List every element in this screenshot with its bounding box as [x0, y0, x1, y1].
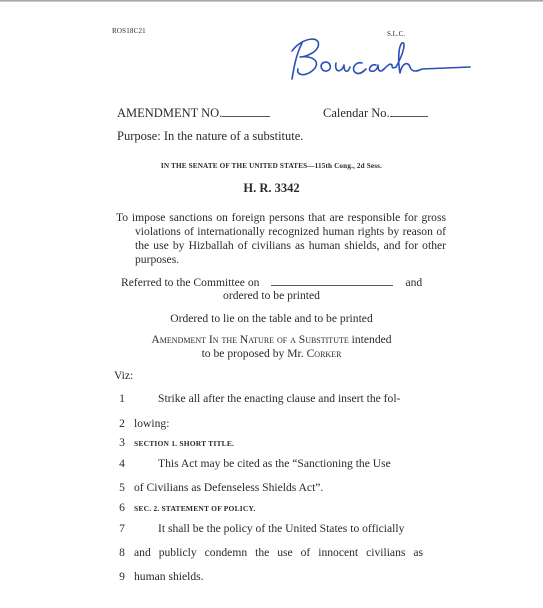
bill-line: 3SECTION 1. SHORT TITLE.: [0, 436, 543, 452]
signature-icon: [288, 33, 473, 83]
referred-line: Referred to the Committee onand: [121, 275, 422, 289]
bill-line: 4This Act may be cited as the “Sanctioni…: [0, 457, 543, 473]
bill-line: 2lowing:: [0, 417, 543, 433]
amendment-number-blank: [222, 105, 270, 117]
line-text: It shall be the policy of the United Sta…: [158, 522, 423, 535]
line-number: 7: [117, 522, 127, 535]
amendment-nature-smallcaps: Amendment In the Nature of a Substitute: [151, 333, 348, 346]
line-text: Strike all after the enacting clause and…: [158, 392, 423, 405]
ordered-line: Ordered to lie on the table and to be pr…: [0, 312, 543, 325]
line-number: 6: [117, 501, 127, 514]
viz-label: Viz:: [114, 369, 133, 382]
amendment-nature-line: Amendment In the Nature of a Substitute …: [0, 333, 543, 346]
line-number: 1: [117, 392, 127, 405]
window-top-border: [0, 0, 543, 2]
bill-line: 6SEC. 2. STATEMENT OF POLICY.: [0, 501, 543, 517]
proposed-by-line: to be proposed by Mr. Corker: [0, 347, 543, 360]
line-text: This Act may be cited as the “Sanctionin…: [158, 457, 423, 470]
amendment-nature-rest: intended: [349, 333, 392, 346]
purpose-line: Purpose: In the nature of a substitute.: [117, 129, 303, 144]
bill-line: 5of Civilians as Defenseless Shields Act…: [0, 481, 543, 497]
referred-line-2: ordered to be printed: [0, 289, 543, 302]
bill-line: 9human shields.: [0, 570, 543, 586]
committee-blank: [271, 275, 393, 286]
amendment-label: AMENDMENT NO.: [117, 106, 222, 120]
referred-suffix: and: [405, 276, 422, 289]
amendment-number-field: AMENDMENT NO.: [117, 105, 270, 121]
calendar-number-blank: [390, 105, 428, 117]
line-number: 3: [117, 436, 127, 449]
line-text: human shields.: [134, 570, 423, 583]
bill-line: 1Strike all after the enacting clause an…: [0, 392, 543, 408]
calendar-label: Calendar No.: [323, 106, 390, 120]
document-code: ROS18C21: [112, 27, 146, 35]
long-title: To impose sanctions on foreign persons t…: [116, 211, 446, 267]
chamber-line: IN THE SENATE OF THE UNITED STATES—115th…: [0, 162, 543, 170]
line-text: lowing:: [134, 417, 423, 430]
proposed-prefix: to be proposed by Mr.: [202, 347, 307, 360]
section-heading: SEC. 2. STATEMENT OF POLICY.: [134, 504, 423, 513]
calendar-number-field: Calendar No.: [323, 105, 428, 121]
bill-number: H. R. 3342: [0, 181, 543, 196]
section-heading: SECTION 1. SHORT TITLE.: [134, 439, 423, 448]
line-text: of Civilians as Defenseless Shields Act”…: [134, 481, 423, 494]
line-number: 8: [117, 546, 127, 559]
bill-line: 8and publicly condemn the use of innocen…: [0, 546, 543, 562]
bill-line: 7It shall be the policy of the United St…: [0, 522, 543, 538]
line-number: 9: [117, 570, 127, 583]
line-number: 4: [117, 457, 127, 470]
line-text: and publicly condemn the use of innocent…: [134, 546, 423, 559]
referred-prefix: Referred to the Committee on: [121, 276, 259, 289]
sponsor-name: Corker: [307, 347, 342, 360]
line-number: 2: [117, 417, 127, 430]
line-number: 5: [117, 481, 127, 494]
